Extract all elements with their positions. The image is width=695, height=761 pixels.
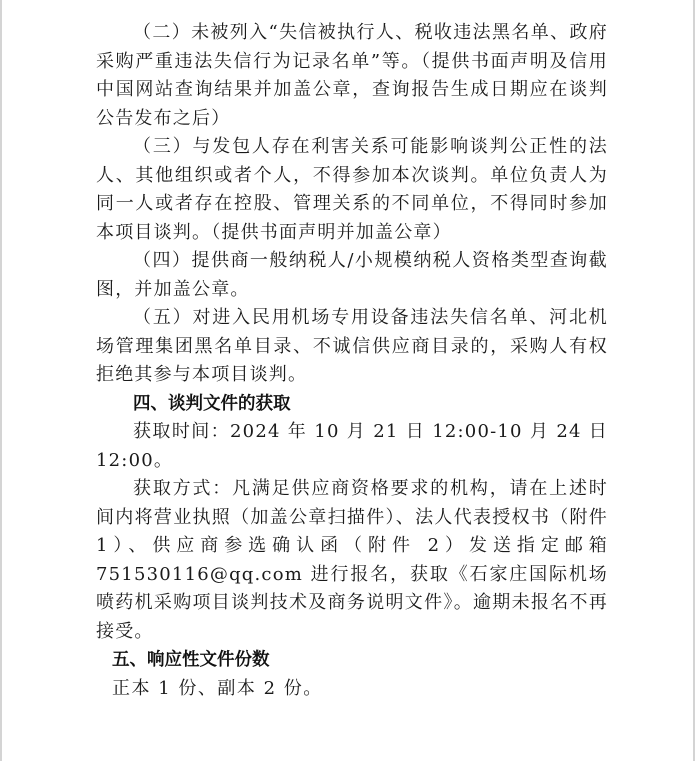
paragraph-item-2: （二）未被列入“失信被执行人、税收违法黑名单、政府采购严重违法失信行为记录名单”… (96, 19, 608, 133)
document-body: （二）未被列入“失信被执行人、税收违法黑名单、政府采购严重违法失信行为记录名单”… (96, 19, 608, 703)
acquisition-method: 获取方式：凡满足供应商资格要求的机构，请在上述时间内将营业执照（加盖公章扫描件）… (96, 475, 608, 646)
paragraph-item-3: （三）与发包人存在利害关系可能影响谈判公正性的法人、其他组织或者个人，不得参加本… (96, 133, 608, 247)
section-heading-4: 四、谈判文件的获取 (96, 390, 608, 419)
section-heading-5: 五、响应性文件份数 (96, 646, 608, 675)
document-page: （二）未被列入“失信被执行人、税收违法黑名单、政府采购严重违法失信行为记录名单”… (0, 0, 695, 761)
paragraph-item-5: （五）对进入民用机场专用设备违法失信名单、河北机场管理集团黑名单目录、不诚信供应… (96, 304, 608, 390)
copies-count: 正本 1 份、副本 2 份。 (96, 675, 608, 704)
paragraph-item-4: （四）提供商一般纳税人/小规模纳税人资格类型查询截图，并加盖公章。 (96, 247, 608, 304)
acquisition-time: 获取时间：2024 年 10 月 21 日 12:00-10 月 24 日 12… (96, 418, 608, 475)
